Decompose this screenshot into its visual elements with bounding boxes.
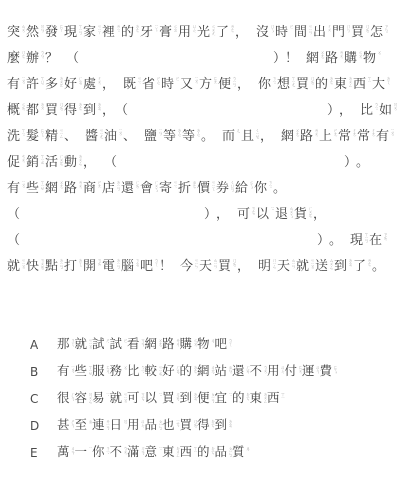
- char-glyph: 西: [267, 392, 280, 405]
- zhuyin-annotation: ㄌㄜ˙: [230, 24, 235, 38]
- char-glyph: 路: [300, 129, 313, 142]
- cjk-char: 的ㄉㄜ˙: [232, 392, 250, 406]
- cjk-char: 今ㄐㄧㄣ: [180, 258, 199, 272]
- zhuyin-annotation: ㄕㄤ: [97, 180, 102, 194]
- zhuyin-annotation: ㄉㄜ˙: [135, 24, 140, 38]
- cjk-char: 概ㄍㄞˋ: [7, 102, 26, 116]
- char-glyph: 發: [45, 25, 58, 38]
- char-glyph: 連: [92, 419, 105, 432]
- cjk-char: 商ㄕㄤ: [83, 180, 102, 194]
- cjk-char: 裡ㄌㄧˇ: [102, 24, 121, 38]
- char-glyph: 站: [215, 365, 228, 378]
- char-glyph: 的: [180, 365, 193, 378]
- zhuyin-annotation: ㄅㄧㄢˋ: [232, 76, 237, 90]
- zhuyin-annotation: ㄋㄧˇ: [268, 180, 273, 194]
- char-glyph: 門: [332, 25, 345, 38]
- char-glyph: 了: [353, 259, 366, 272]
- char-glyph: 到: [180, 392, 193, 405]
- cjk-char: 點ㄉㄧㄢˇ: [45, 258, 64, 272]
- zhuyin-annotation: ㄐㄧㄤˋ: [99, 128, 104, 142]
- cjk-char: 天ㄊㄧㄢ: [199, 258, 218, 272]
- cjk-char: 用ㄩㄥˋ: [267, 365, 285, 379]
- option-row: E萬ㄨㄢˋ一ㄧ你ㄋㄧˇ不ㄅㄨˋ滿ㄇㄢˇ意ㄧˋ東ㄉㄨㄥ西ㄒㄧ的ㄉㄜ˙品ㄆㄧㄣˇ質ㄓ…: [30, 439, 337, 466]
- char-glyph: 而: [222, 129, 235, 142]
- char-glyph: 就: [296, 259, 309, 272]
- char-glyph: 西: [353, 77, 366, 90]
- zhuyin-annotation: ㄒㄧ: [367, 76, 372, 90]
- char-glyph: 那: [57, 338, 70, 351]
- text-line: 就ㄐㄧㄡˋ快ㄎㄨㄞˋ點ㄉㄧㄢˇ打ㄉㄚˇ開ㄎㄞ電ㄉㄧㄢˋ腦ㄋㄠˇ吧ㄅㄚ˙！今ㄐㄧㄣ…: [7, 252, 398, 278]
- zhuyin-annotation: ㄅㄧˇ: [374, 102, 379, 116]
- cjk-char: 比ㄅㄧˇ: [127, 365, 145, 379]
- zhuyin-annotation: ㄒㄧㄤˇ: [291, 76, 296, 90]
- cjk-char: 醬ㄐㄧㄤˋ: [85, 128, 104, 142]
- zhuyin-annotation: ㄒㄧ: [281, 392, 286, 406]
- cjk-char: 多ㄉㄨㄛ: [45, 76, 64, 90]
- cjk-char: 間ㄐㄧㄢ: [294, 24, 313, 38]
- zhuyin-annotation: ㄇㄞˇ: [310, 76, 315, 90]
- cjk-char: 會ㄏㄨㄟˋ: [140, 180, 159, 194]
- punctuation: 、: [64, 129, 77, 142]
- char-glyph: 有: [7, 77, 20, 90]
- zhuyin-annotation: ㄒㄩˇ: [40, 76, 45, 90]
- punctuation: ！: [285, 51, 298, 64]
- cjk-char: 宜ㄧˊ: [215, 392, 233, 406]
- zhuyin-annotation: ㄉㄧㄢˋ: [116, 258, 121, 272]
- cjk-char: 且ㄑㄧㄝˇ: [241, 128, 260, 142]
- zhuyin-annotation: ㄦˊ: [236, 128, 241, 142]
- char-glyph: 物: [197, 338, 210, 351]
- zhuyin-annotation: ㄉㄠˋ: [228, 419, 233, 433]
- zhuyin-annotation: ㄋㄧˇ: [272, 76, 277, 90]
- char-glyph: 好: [162, 365, 175, 378]
- cjk-char: 有ㄧㄡˇ: [7, 76, 26, 90]
- zhuyin-annotation: ㄉㄨㄥˋ: [78, 154, 83, 168]
- cjk-char: 連ㄌㄧㄢˊ: [92, 419, 110, 433]
- cjk-char: 就ㄐㄧㄡˋ: [296, 258, 315, 272]
- char-glyph: 的: [315, 77, 328, 90]
- zhuyin-annotation: ㄉㄠˋ: [97, 102, 102, 116]
- answer-blank: [78, 57, 273, 58]
- answer-blank: [116, 161, 344, 162]
- zhuyin-annotation: ㄑㄩㄢˋ: [230, 180, 235, 194]
- zhuyin-annotation: ㄒㄧㄢˋ: [78, 24, 83, 38]
- char-glyph: 日: [110, 419, 123, 432]
- zhuyin-annotation: ㄌㄨˋ: [78, 180, 83, 194]
- char-glyph: 買: [45, 103, 58, 116]
- cjk-char: 常ㄔㄤˊ: [357, 128, 376, 142]
- zhuyin-annotation: ㄒㄧㄠ: [40, 154, 45, 168]
- zhuyin-annotation: ㄔㄤˊ: [371, 128, 376, 142]
- char-glyph: 路: [162, 338, 175, 351]
- paren-open: （: [7, 207, 19, 220]
- zhuyin-annotation: ㄒㄧˇ: [21, 128, 26, 142]
- zhuyin-annotation: ㄗㄞˋ: [383, 232, 388, 246]
- cjk-char: 較ㄐㄧㄠˋ: [145, 365, 163, 379]
- paren-close: ）: [273, 51, 285, 64]
- cjk-char: 付ㄈㄨˋ: [285, 365, 303, 379]
- char-glyph: 怎: [370, 25, 383, 38]
- char-glyph: 網: [145, 338, 158, 351]
- cjk-char: 好ㄏㄠˇ: [64, 76, 83, 90]
- char-glyph: 容: [75, 392, 88, 405]
- zhuyin-annotation: ㄉㄥˇ: [196, 128, 201, 142]
- char-glyph: 有: [57, 365, 70, 378]
- zhuyin-annotation: ㄉㄠˋ: [348, 258, 353, 272]
- zhuyin-annotation: ㄈㄟˋ: [333, 365, 338, 379]
- char-glyph: 試: [92, 338, 105, 351]
- cjk-char: 送ㄙㄨㄥˋ: [315, 258, 334, 272]
- char-glyph: 以: [256, 207, 269, 220]
- zhuyin-annotation: ㄇㄞˇ: [365, 24, 370, 38]
- char-glyph: 看: [127, 338, 140, 351]
- cjk-char: 沒ㄇㄟˊ: [256, 24, 275, 38]
- paren-open: （: [104, 155, 116, 168]
- char-glyph: 到: [215, 419, 228, 432]
- cjk-char: 比ㄅㄧˇ: [360, 102, 379, 116]
- cjk-char: 油ㄧㄡˊ: [104, 128, 123, 142]
- cjk-char: 膏ㄍㄠ: [159, 24, 178, 38]
- cjk-char: 開ㄎㄞ: [83, 258, 102, 272]
- zhuyin-annotation: ㄐㄧㄢ: [308, 24, 313, 38]
- zhuyin-annotation: ㄌㄜ˙: [367, 258, 372, 272]
- char-glyph: 網: [306, 51, 319, 64]
- zhuyin-annotation: ㄉㄚˇ: [78, 258, 83, 272]
- zhuyin-annotation: ㄇㄟˊ: [270, 24, 275, 38]
- cjk-char: 方ㄈㄤ: [199, 76, 218, 90]
- cjk-char: 明ㄇㄧㄥˊ: [258, 258, 277, 272]
- char-glyph: 鹽: [144, 129, 157, 142]
- zhuyin-annotation: ㄇㄜ˙: [21, 50, 26, 64]
- char-glyph: 到: [334, 259, 347, 272]
- zhuyin-annotation: ㄕㄤˋ: [333, 128, 338, 142]
- char-glyph: 購: [180, 338, 193, 351]
- char-glyph: 的: [197, 446, 210, 459]
- char-glyph: 且: [241, 129, 254, 142]
- cjk-char: 就ㄐㄧㄡˋ: [75, 338, 93, 352]
- option-letter: D: [30, 419, 57, 433]
- zhuyin-annotation: ㄨㄤˇ: [320, 50, 325, 64]
- punctuation: ，: [102, 77, 115, 90]
- char-glyph: 活: [45, 155, 58, 168]
- cjk-char: 試ㄕˋ: [110, 338, 128, 352]
- char-glyph: 意: [145, 446, 158, 459]
- cjk-char: 如ㄖㄨˊ: [379, 102, 398, 116]
- text-line: 洗ㄒㄧˇ髮ㄈㄚˇ精ㄐㄧㄥ、醬ㄐㄧㄤˋ油ㄧㄡˊ、鹽ㄧㄢˊ等ㄉㄥˇ等ㄉㄥˇ。而ㄦˊ且…: [7, 122, 398, 148]
- text-line: 概ㄍㄞˋ都ㄉㄡ買ㄇㄞˇ得ㄉㄜ˙到ㄉㄠˋ，（），比ㄅㄧˇ如ㄖㄨˊ: [7, 96, 398, 122]
- char-glyph: 膏: [159, 25, 172, 38]
- paren-close: ）: [327, 103, 339, 116]
- zhuyin-annotation: ㄐㄧˋ: [173, 180, 178, 194]
- text-line: 有ㄧㄡˇ許ㄒㄩˇ多ㄉㄨㄛ好ㄏㄠˇ處ㄔㄨˋ，既ㄐㄧˋ省ㄕㄥˇ時ㄕˊ又ㄧㄡˋ方ㄈㄤ便…: [7, 70, 398, 96]
- punctuation: 。: [372, 259, 385, 272]
- cjk-char: 既ㄐㄧˋ: [123, 76, 142, 90]
- zhuyin-annotation: ㄔㄨ: [327, 24, 332, 38]
- char-glyph: 多: [45, 77, 58, 90]
- zhuyin-annotation: ㄏㄞˊ: [135, 180, 140, 194]
- char-glyph: 常: [357, 129, 370, 142]
- char-glyph: 腦: [121, 259, 134, 272]
- char-glyph: 的: [121, 25, 134, 38]
- cjk-char: 易ㄧˋ: [92, 392, 110, 406]
- char-glyph: 動: [64, 155, 77, 168]
- paren-close: ）: [344, 155, 356, 168]
- cjk-char: 促ㄘㄨˋ: [7, 154, 26, 168]
- char-glyph: 許: [26, 77, 39, 90]
- cjk-char: 買ㄇㄞˇ: [45, 102, 64, 116]
- char-glyph: 還: [232, 365, 245, 378]
- zhuyin-annotation: ㄒㄧㄝ: [40, 180, 45, 194]
- char-glyph: 處: [83, 77, 96, 90]
- zhuyin-annotation: ㄓㄜˊ: [192, 180, 197, 194]
- cjk-char: 質ㄓˊ: [232, 446, 250, 460]
- cjk-char: 有ㄧㄡˇ: [57, 365, 75, 379]
- punctuation: 。: [356, 155, 369, 168]
- zhuyin-annotation: ㄇㄣˊ: [346, 24, 351, 38]
- char-glyph: 精: [45, 129, 58, 142]
- char-glyph: 家: [83, 25, 96, 38]
- zhuyin-annotation: ㄐㄧㄚˋ: [211, 180, 216, 194]
- zhuyin-annotation: ㄌㄨˋ: [339, 50, 344, 64]
- char-glyph: 購: [344, 51, 357, 64]
- char-glyph: 到: [83, 103, 96, 116]
- cjk-char: 買ㄇㄞˇ: [180, 419, 198, 433]
- zhuyin-annotation: ㄔㄨˋ: [97, 76, 102, 90]
- zhuyin-annotation: ㄌㄧˇ: [116, 24, 121, 38]
- char-glyph: 間: [294, 25, 307, 38]
- zhuyin-annotation: ㄕㄥˇ: [156, 76, 161, 90]
- char-glyph: 買: [218, 259, 231, 272]
- answer-options: A那ㄋㄚˋ就ㄐㄧㄡˋ試ㄕˋ試ㄕˋ看ㄎㄢˋ網ㄨㄤˇ路ㄌㄨˋ購ㄍㄡˋ物ㄨˋ吧ㄅㄚ˙B…: [30, 331, 337, 466]
- cjk-char: 券ㄑㄩㄢˋ: [216, 180, 235, 194]
- char-glyph: 較: [145, 365, 158, 378]
- cjk-char: 現ㄒㄧㄢˋ: [64, 24, 83, 38]
- char-glyph: 天: [199, 259, 212, 272]
- zhuyin-annotation: ㄍㄟˇ: [249, 180, 254, 194]
- cjk-char: 便ㄅㄧㄢˋ: [218, 76, 237, 90]
- char-glyph: 付: [285, 365, 298, 378]
- zhuyin-annotation: ㄕˊ: [289, 24, 294, 38]
- cjk-char: 省ㄕㄥˇ: [142, 76, 161, 90]
- cjk-char: 電ㄉㄧㄢˋ: [102, 258, 121, 272]
- cjk-char: 意ㄧˋ: [145, 446, 163, 460]
- cjk-char: 大ㄉㄚˋ: [372, 76, 391, 90]
- zhuyin-annotation: ㄨㄤˇ: [295, 128, 300, 142]
- zhuyin-annotation: ㄊㄧㄢ: [213, 258, 218, 272]
- zhuyin-annotation: ㄧㄡˇ: [21, 180, 26, 194]
- char-glyph: 電: [102, 259, 115, 272]
- cjk-char: 你ㄋㄧˇ: [258, 76, 277, 90]
- cjk-char: 門ㄇㄣˊ: [332, 24, 351, 38]
- zhuyin-annotation: ㄧㄡˇ: [390, 128, 395, 142]
- zhuyin-annotation: ㄖㄢˊ: [40, 24, 45, 38]
- text-line: 突ㄊㄨˊ然ㄖㄢˊ發ㄈㄚ現ㄒㄧㄢˋ家ㄐㄧㄚ裡ㄌㄧˇ的ㄉㄜ˙牙ㄧㄚˊ膏ㄍㄠ用ㄩㄥˋ光…: [7, 18, 398, 44]
- cjk-char: 買ㄇㄞˇ: [296, 76, 315, 90]
- char-glyph: 促: [7, 155, 20, 168]
- cjk-char: 甚ㄕㄣˋ: [57, 419, 75, 433]
- cjk-char: 的ㄉㄜ˙: [197, 446, 215, 460]
- zhuyin-annotation: ㄏㄨㄟˋ: [154, 180, 159, 194]
- char-glyph: 如: [379, 103, 392, 116]
- zhuyin-annotation: ㄨㄤˇ: [59, 180, 64, 194]
- char-glyph: 用: [127, 419, 140, 432]
- char-glyph: 有: [7, 181, 20, 194]
- cjk-char: 有ㄧㄡˇ: [7, 180, 26, 194]
- char-glyph: 東: [334, 77, 347, 90]
- punctuation: ，: [83, 155, 96, 168]
- zhuyin-annotation: ㄐㄧㄡˋ: [310, 258, 315, 272]
- char-glyph: 質: [232, 446, 245, 459]
- char-glyph: 時: [161, 77, 174, 90]
- cjk-char: 打ㄉㄚˇ: [64, 258, 83, 272]
- cjk-char: 在ㄗㄞˋ: [369, 232, 388, 246]
- char-glyph: 你: [92, 446, 105, 459]
- zhuyin-annotation: ㄏㄠˇ: [78, 76, 83, 90]
- char-glyph: 買: [351, 25, 364, 38]
- zhuyin-annotation: ㄉㄚˋ: [386, 76, 391, 90]
- zhuyin-annotation: ㄧㄡˊ: [118, 128, 123, 142]
- cjk-char: 些ㄒㄧㄝ: [26, 180, 45, 194]
- punctuation: ，: [313, 207, 326, 220]
- cjk-char: 吧ㄅㄚ˙: [140, 258, 159, 272]
- char-glyph: 得: [197, 419, 210, 432]
- cjk-char: 還ㄏㄞˊ: [232, 365, 250, 379]
- cjk-char: 看ㄎㄢˋ: [127, 338, 145, 352]
- zhuyin-annotation: ㄧㄡˋ: [194, 76, 199, 90]
- option-letter: B: [30, 365, 57, 379]
- char-glyph: 品: [145, 419, 158, 432]
- char-glyph: 費: [320, 365, 333, 378]
- text-line: 促ㄘㄨˋ銷ㄒㄧㄠ活ㄏㄨㄛˊ動ㄉㄨㄥˋ，（）。: [7, 148, 398, 174]
- punctuation: ，: [102, 103, 115, 116]
- cjk-char: 麼ㄇㄜ˙: [7, 50, 26, 64]
- cjk-char: 日ㄖˋ: [110, 419, 128, 433]
- cjk-char: 西ㄒㄧ: [267, 392, 285, 406]
- zhuyin-annotation: ㄖㄨˊ: [393, 102, 398, 116]
- char-glyph: 方: [199, 77, 212, 90]
- punctuation: ？: [45, 51, 58, 64]
- option-row: A那ㄋㄚˋ就ㄐㄧㄡˋ試ㄕˋ試ㄕˋ看ㄎㄢˋ網ㄨㄤˇ路ㄌㄨˋ購ㄍㄡˋ物ㄨˋ吧ㄅㄚ˙: [30, 331, 337, 358]
- zhuyin-annotation: ㄇㄧㄥˊ: [272, 258, 277, 272]
- cjk-char: 光ㄍㄨㄤ: [197, 24, 216, 38]
- cjk-char: 服ㄈㄨˊ: [92, 365, 110, 379]
- char-glyph: 買: [180, 419, 193, 432]
- punctuation: ，: [260, 129, 273, 142]
- cjk-char: 想ㄒㄧㄤˇ: [277, 76, 296, 90]
- cjk-char: 到ㄉㄠˋ: [180, 392, 198, 406]
- char-glyph: 用: [267, 365, 280, 378]
- cjk-char: 滿ㄇㄢˇ: [127, 446, 145, 460]
- cjk-char: 容ㄖㄨㄥˊ: [75, 392, 93, 406]
- char-glyph: 得: [64, 103, 77, 116]
- char-glyph: 網: [45, 181, 58, 194]
- cjk-char: 那ㄋㄚˋ: [57, 338, 75, 352]
- answer-blank: [19, 239, 317, 240]
- char-glyph: 現: [350, 233, 363, 246]
- char-glyph: 買: [296, 77, 309, 90]
- cjk-char: 也ㄧㄝˇ: [162, 419, 180, 433]
- cjk-char: 給ㄍㄟˇ: [235, 180, 254, 194]
- option-row: C很ㄏㄣˇ容ㄖㄨㄥˊ易ㄧˋ就ㄐㄧㄡˋ可ㄎㄜˇ以ㄧˇ買ㄇㄞˇ到ㄉㄠˋ便ㄆㄧㄢˊ宜ㄧ…: [30, 385, 337, 412]
- zhuyin-annotation: ㄧㄢˊ: [158, 128, 163, 142]
- char-glyph: 出: [313, 25, 326, 38]
- char-glyph: 時: [275, 25, 288, 38]
- cjk-char: 網ㄨㄤˇ: [306, 50, 325, 64]
- zhuyin-annotation: ㄒㄧㄢˋ: [364, 232, 369, 246]
- char-glyph: 髮: [26, 129, 39, 142]
- char-glyph: 給: [235, 181, 248, 194]
- cjk-char: 購ㄍㄡˋ: [344, 50, 363, 64]
- cjk-char: 的ㄉㄜ˙: [121, 24, 140, 38]
- punctuation: ，: [339, 103, 352, 116]
- char-glyph: 明: [258, 259, 271, 272]
- cjk-char: 你ㄋㄧˇ: [92, 446, 110, 460]
- char-glyph: 點: [45, 259, 58, 272]
- char-glyph: 麼: [7, 51, 20, 64]
- cjk-char: 到ㄉㄠˋ: [83, 102, 102, 116]
- cjk-char: 時ㄕˊ: [161, 76, 180, 90]
- char-glyph: 就: [7, 259, 20, 272]
- option-letter: C: [30, 392, 57, 406]
- cjk-char: 店ㄉㄧㄢˋ: [102, 180, 121, 194]
- zhuyin-annotation: ㄏㄨㄛˊ: [59, 154, 64, 168]
- zhuyin-annotation: ㄉㄨㄛ: [59, 76, 64, 90]
- cjk-char: 物ㄨˋ: [363, 50, 382, 64]
- zhuyin-annotation: ㄧˇ: [270, 206, 275, 220]
- cjk-char: 不ㄅㄨˋ: [110, 446, 128, 460]
- zhuyin-annotation: ㄎㄞ: [97, 258, 102, 272]
- cjk-char: 得ㄉㄜ˙: [64, 102, 83, 116]
- char-glyph: 在: [369, 233, 382, 246]
- char-glyph: 以: [145, 392, 158, 405]
- zhuyin-annotation: ㄐㄧㄚ: [97, 24, 102, 38]
- paren-close: ）: [317, 233, 329, 246]
- char-glyph: 運: [302, 365, 315, 378]
- option-letter: A: [30, 338, 57, 352]
- char-glyph: 光: [197, 25, 210, 38]
- char-glyph: 貨: [294, 207, 307, 220]
- cjk-char: 東ㄉㄨㄥ: [250, 392, 268, 406]
- char-glyph: 便: [218, 77, 231, 90]
- char-glyph: 天: [277, 259, 290, 272]
- char-glyph: 辦: [26, 51, 39, 64]
- cjk-char: 的ㄉㄜ˙: [180, 365, 198, 379]
- cjk-char: 網ㄨㄤˇ: [197, 365, 215, 379]
- worksheet-page: 突ㄊㄨˊ然ㄖㄢˊ發ㄈㄚ現ㄒㄧㄢˋ家ㄐㄧㄚ裡ㄌㄧˇ的ㄉㄜ˙牙ㄧㄚˊ膏ㄍㄠ用ㄩㄥˋ光…: [0, 0, 402, 480]
- cjk-char: 發ㄈㄚ: [45, 24, 64, 38]
- char-glyph: 就: [75, 338, 88, 351]
- char-glyph: 概: [7, 103, 20, 116]
- cjk-char: 天ㄊㄧㄢ: [277, 258, 296, 272]
- cjk-char: 就ㄐㄧㄡˋ: [110, 392, 128, 406]
- zhuyin-annotation: ㄌㄨˋ: [314, 128, 319, 142]
- char-glyph: 店: [102, 181, 115, 194]
- char-glyph: 用: [178, 25, 191, 38]
- cjk-char: 品ㄆㄧㄣˇ: [145, 419, 163, 433]
- text-line: 麼ㄇㄜ˙辦ㄅㄢˋ？（）！網ㄨㄤˇ路ㄌㄨˋ購ㄍㄡˋ物ㄨˋ: [7, 44, 398, 70]
- punctuation: 。: [201, 129, 214, 142]
- cjk-char: 萬ㄨㄢˋ: [57, 446, 75, 460]
- char-glyph: 便: [197, 392, 210, 405]
- cjk-char: 腦ㄋㄠˇ: [121, 258, 140, 272]
- cjk-char: 常ㄔㄤˊ: [338, 128, 357, 142]
- cjk-char: 網ㄨㄤˇ: [145, 338, 163, 352]
- char-glyph: 滿: [127, 446, 140, 459]
- zhuyin-annotation: ㄍㄠ: [173, 24, 178, 38]
- char-glyph: 送: [315, 259, 328, 272]
- cjk-char: 路ㄌㄨˋ: [64, 180, 83, 194]
- char-glyph: 現: [64, 25, 77, 38]
